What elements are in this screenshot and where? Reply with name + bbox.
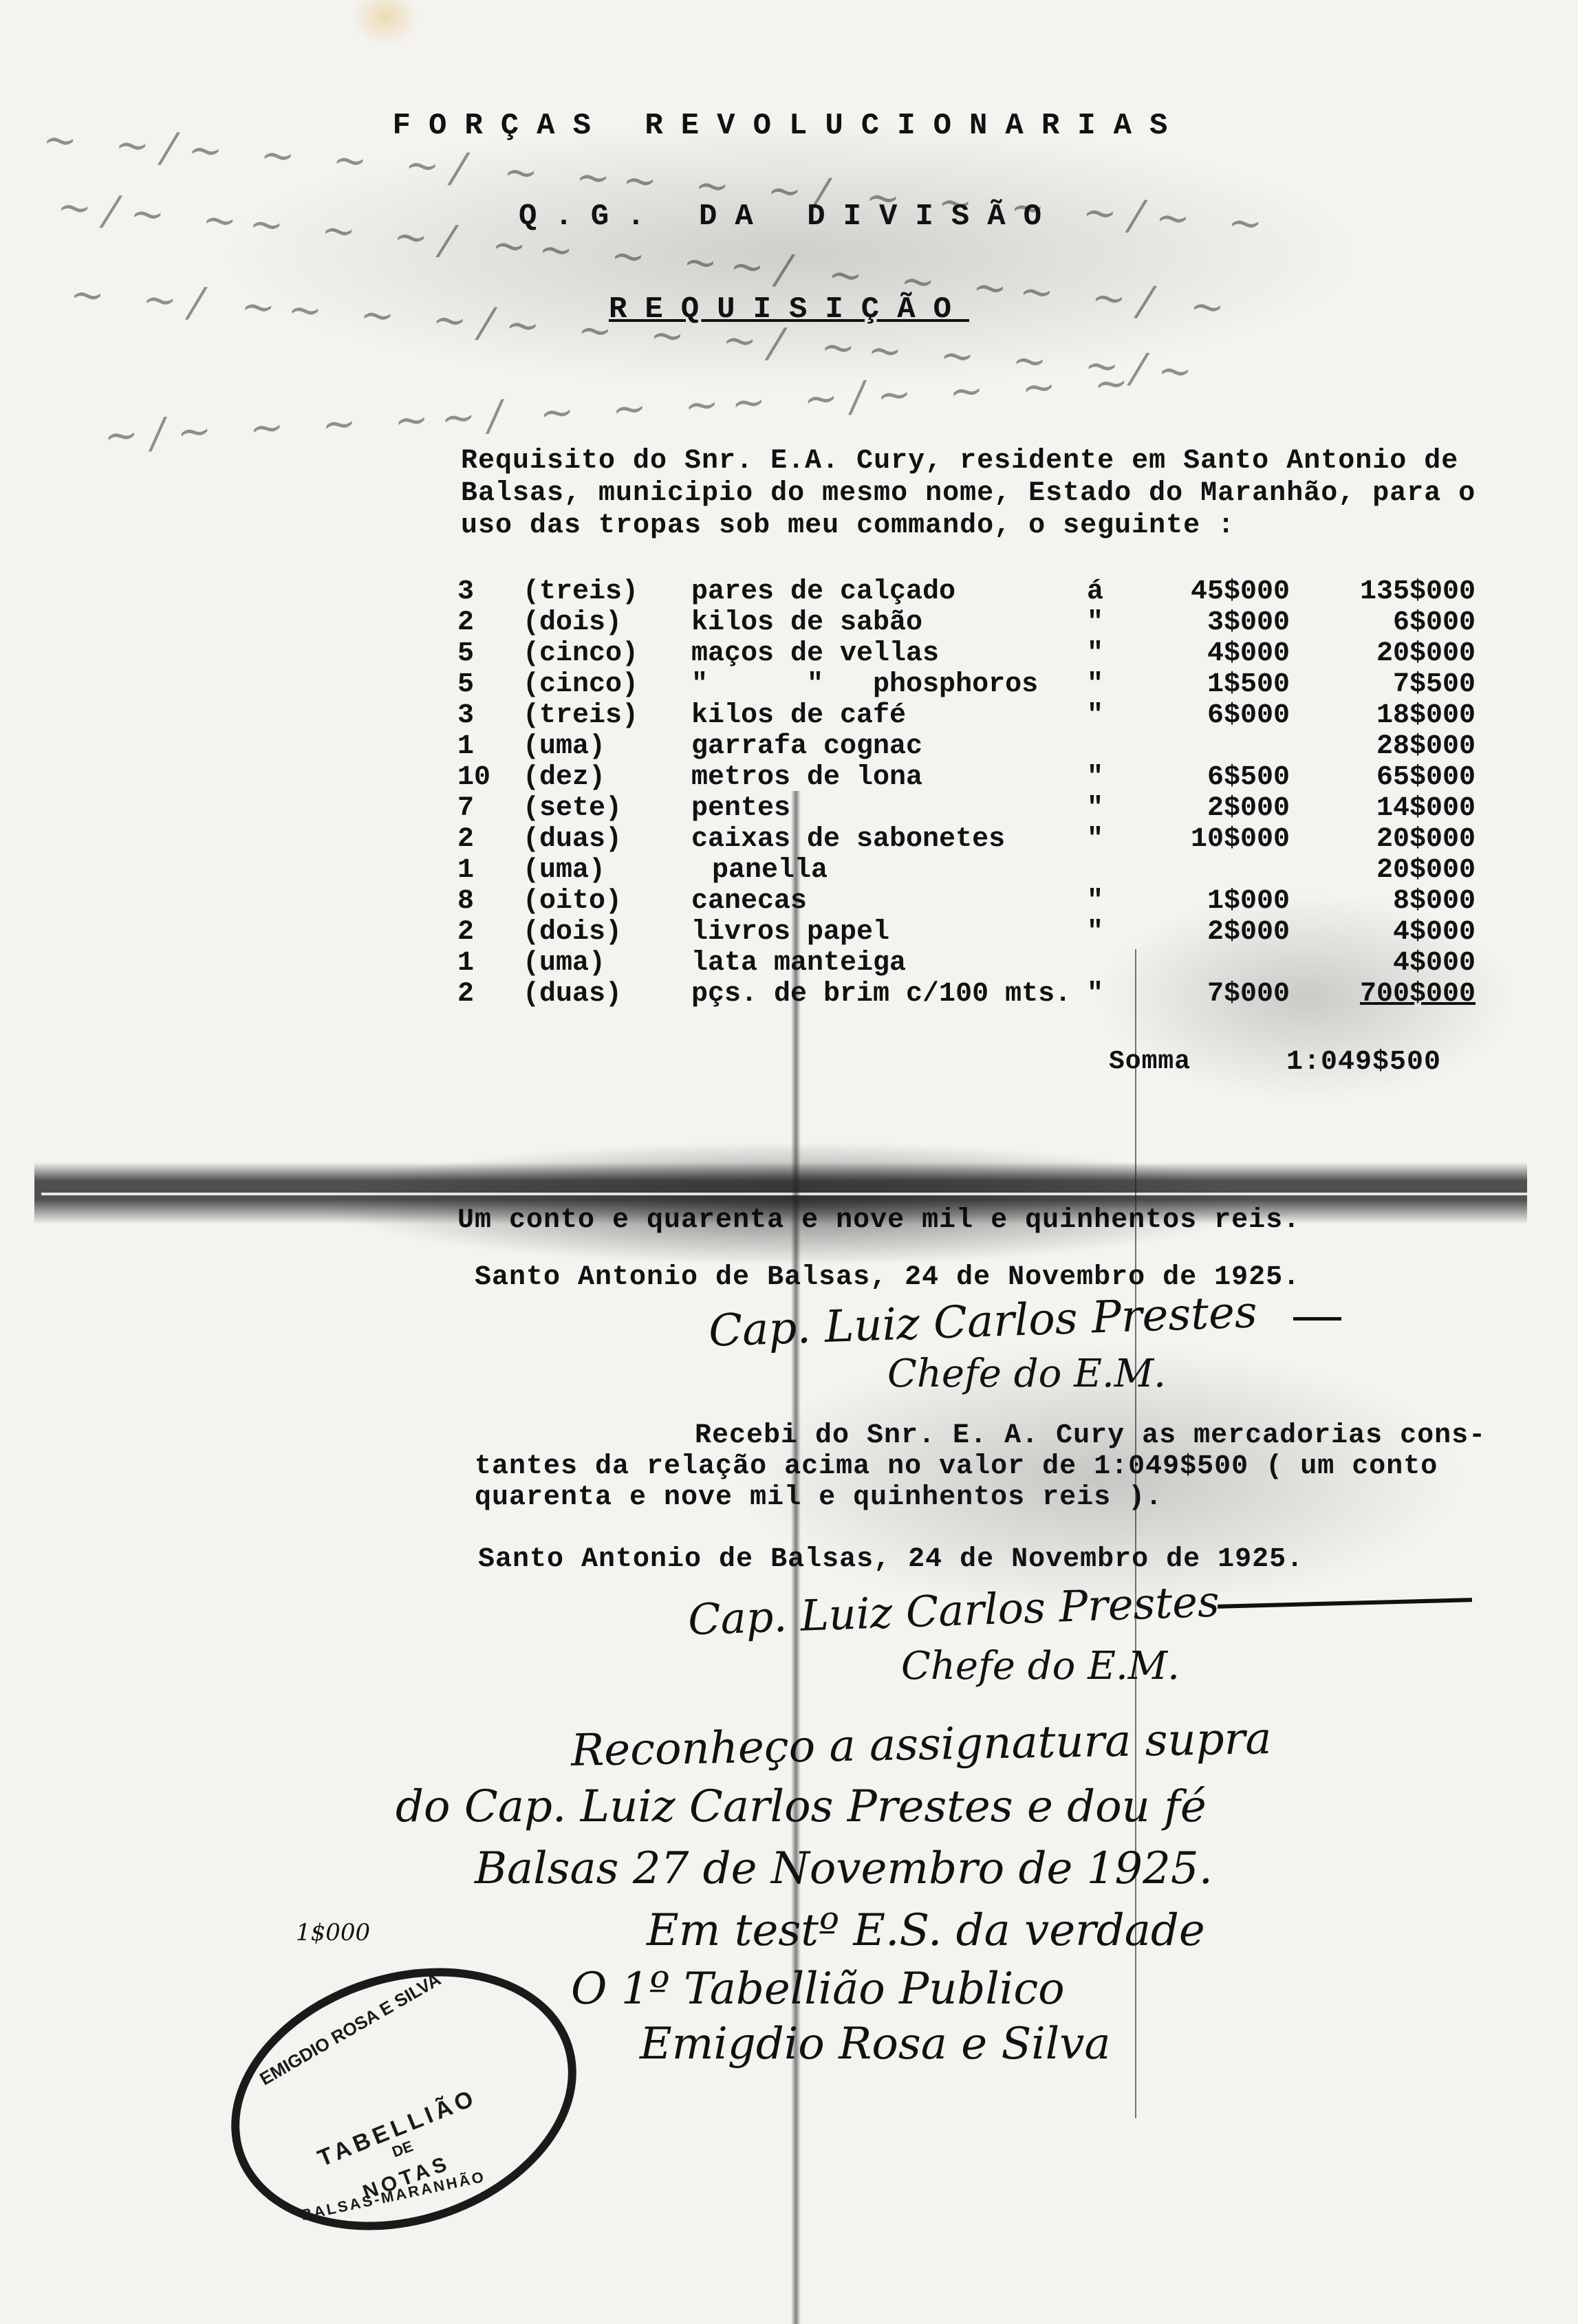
- item-description: kilos de café: [691, 700, 906, 731]
- item-qty-word: (duas): [523, 979, 622, 1010]
- item-description: pares de calçado: [691, 576, 955, 607]
- item-unit-price: 2$000: [1132, 917, 1290, 948]
- item-qty-word: (treis): [523, 576, 638, 607]
- receipt-line-3: quarenta e nove mil e quinhentos reis ).: [475, 1482, 1163, 1513]
- item-qty-word: (sete): [523, 793, 622, 824]
- item-total: 700$000: [1310, 979, 1476, 1010]
- item-row: 5 (cinco) maços de vellas " 4$000 20$000: [457, 638, 1476, 669]
- item-qty: 1: [457, 948, 474, 979]
- item-qty: 2: [457, 979, 474, 1010]
- item-qty: 2: [457, 824, 474, 855]
- item-qty-word: (treis): [523, 700, 638, 731]
- intro-line-1: Requisito do Snr. E.A. Cury, residente e…: [461, 446, 1458, 477]
- item-unit-price: 1$500: [1132, 669, 1290, 700]
- item-total: 135$000: [1310, 576, 1476, 607]
- item-row: 10 (dez) metros de lona " 6$500 65$000: [457, 762, 1476, 793]
- item-total: 8$000: [1310, 886, 1476, 917]
- item-unit-price: 4$000: [1132, 638, 1290, 669]
- item-ditto: ": [1087, 886, 1103, 917]
- item-description: canecas: [691, 886, 807, 917]
- item-row: 1 (uma) lata manteiga 4$000: [457, 948, 1476, 979]
- item-total: 28$000: [1310, 731, 1476, 762]
- item-total: 6$000: [1310, 607, 1476, 638]
- item-unit-price: 7$000: [1132, 979, 1290, 1010]
- item-description: caixas de sabonetes: [691, 824, 1005, 855]
- signature-title-1: Chefe do E.M.: [887, 1351, 1166, 1396]
- item-qty-word: (uma): [523, 855, 605, 886]
- item-qty: 3: [457, 576, 474, 607]
- requisition-item-list: 3 (treis) pares de calçado á 45$000 135$…: [457, 576, 1476, 1010]
- document-type-heading: REQUISIÇÃO: [0, 292, 1578, 327]
- item-unit-price: 6$000: [1132, 700, 1290, 731]
- item-qty-word: (cinco): [523, 669, 638, 700]
- notary-signature: Emigdio Rosa e Silva: [640, 2019, 1111, 2070]
- item-description: panella: [712, 855, 828, 886]
- intro-line-3: uso das tropas sob meu commando, o segui…: [461, 510, 1235, 541]
- item-description: lata manteiga: [691, 948, 906, 979]
- item-qty: 3: [457, 700, 474, 731]
- item-qty-word: (cinco): [523, 638, 638, 669]
- item-row: 2 (dois) livros papel " 2$000 4$000: [457, 917, 1476, 948]
- item-ditto: ": [1087, 607, 1103, 638]
- item-qty-word: (uma): [523, 948, 605, 979]
- receipt-line-1: Recebi do Snr. E. A. Cury as mercadorias…: [695, 1420, 1486, 1451]
- item-total: 4$000: [1310, 917, 1476, 948]
- intro-line-2: Balsas, municipio do mesmo nome, Estado …: [461, 478, 1476, 509]
- item-qty: 8: [457, 886, 474, 917]
- item-total: 4$000: [1310, 948, 1476, 979]
- header-subtitle: Q.G. DA DIVISÃO: [0, 199, 1578, 234]
- item-description: pçs. de brim c/100 mts.: [691, 979, 1071, 1010]
- item-total: 20$000: [1310, 638, 1476, 669]
- item-row: 3 (treis) kilos de café " 6$000 18$000: [457, 700, 1476, 731]
- item-ditto: ": [1087, 979, 1103, 1010]
- item-ditto: ": [1087, 669, 1103, 700]
- item-description: pentes: [691, 793, 790, 824]
- item-qty: 1: [457, 731, 474, 762]
- item-qty: 2: [457, 607, 474, 638]
- item-qty: 2: [457, 917, 474, 948]
- notary-line-2: do Cap. Luiz Carlos Prestes e dou fé: [396, 1781, 1207, 1832]
- item-unit-price: 10$000: [1132, 824, 1290, 855]
- place-date-2: Santo Antonio de Balsas, 24 de Novembro …: [478, 1544, 1304, 1575]
- item-qty: 5: [457, 669, 474, 700]
- item-unit-price: 1$000: [1132, 886, 1290, 917]
- item-ditto: ": [1087, 793, 1103, 824]
- item-total: 14$000: [1310, 793, 1476, 824]
- item-qty: 10: [457, 762, 490, 793]
- item-description: " " phosphoros: [691, 669, 1038, 700]
- item-total: 20$000: [1310, 824, 1476, 855]
- amount-in-words: Um conto e quarenta e nove mil e quinhen…: [457, 1205, 1300, 1236]
- item-row: 2 (dois) kilos de sabão " 3$000 6$000: [457, 607, 1476, 638]
- item-row: 1 (uma) garrafa cognac 28$000: [457, 731, 1476, 762]
- item-qty: 1: [457, 855, 474, 886]
- item-row: 2 (duas) pçs. de brim c/100 mts. " 7$000…: [457, 979, 1476, 1010]
- item-qty-word: (oito): [523, 886, 622, 917]
- notary-line-5: O 1º Tabellião Publico: [571, 1964, 1065, 2015]
- item-unit-price: 2$000: [1132, 793, 1290, 824]
- item-row: 3 (treis) pares de calçado á 45$000 135$…: [457, 576, 1476, 607]
- item-total: 65$000: [1310, 762, 1476, 793]
- item-unit-price: 45$000: [1132, 576, 1290, 607]
- notary-line-3: Balsas 27 de Novembro de 1925.: [475, 1843, 1213, 1894]
- sum-label: Somma: [1109, 1047, 1191, 1076]
- signature-flourish-line: [1293, 1317, 1341, 1321]
- item-description: garrafa cognac: [691, 731, 922, 762]
- receipt-line-2: tantes da relação acima no valor de 1:04…: [475, 1451, 1438, 1482]
- place-date-1: Santo Antonio de Balsas, 24 de Novembro …: [475, 1262, 1300, 1293]
- item-total: 18$000: [1310, 700, 1476, 731]
- item-ditto: ": [1087, 700, 1103, 731]
- item-description: livros papel: [691, 917, 889, 948]
- item-description: metros de lona: [691, 762, 922, 793]
- item-unit-price: 3$000: [1132, 607, 1290, 638]
- fold-crease-horizontal: [41, 1193, 1527, 1195]
- item-row: 5 (cinco) " " phosphoros " 1$500 7$500: [457, 669, 1476, 700]
- item-row: 1 (uma) panella 20$000: [457, 855, 1476, 886]
- item-qty-word: (dois): [523, 917, 622, 948]
- item-ditto: ": [1087, 762, 1103, 793]
- item-unit-price: 6$500: [1132, 762, 1290, 793]
- item-ditto: á: [1087, 576, 1103, 607]
- header-title: FORÇAS REVOLUCIONARIAS: [0, 109, 1578, 143]
- item-qty-word: (uma): [523, 731, 605, 762]
- item-ditto: ": [1087, 917, 1103, 948]
- item-qty-word: (dois): [523, 607, 622, 638]
- signature-title-2: Chefe do E.M.: [901, 1644, 1180, 1688]
- item-ditto: ": [1087, 824, 1103, 855]
- item-ditto: ": [1087, 638, 1103, 669]
- item-total: 7$500: [1310, 669, 1476, 700]
- notary-line-4: Em testº E.S. da verdade: [647, 1905, 1205, 1956]
- item-description: kilos de sabão: [691, 607, 922, 638]
- item-qty-word: (dez): [523, 762, 605, 793]
- item-row: 7 (sete) pentes " 2$000 14$000: [457, 793, 1476, 824]
- item-total: 20$000: [1310, 855, 1476, 886]
- item-qty: 7: [457, 793, 474, 824]
- item-row: 8 (oito) canecas " 1$000 8$000: [457, 886, 1476, 917]
- stamp-fee-note: 1$000: [296, 1919, 370, 1946]
- sum-value: 1:049$500: [1286, 1047, 1441, 1078]
- item-description: maços de vellas: [691, 638, 939, 669]
- item-qty-word: (duas): [523, 824, 622, 855]
- item-row: 2 (duas) caixas de sabonetes " 10$000 20…: [457, 824, 1476, 855]
- item-qty: 5: [457, 638, 474, 669]
